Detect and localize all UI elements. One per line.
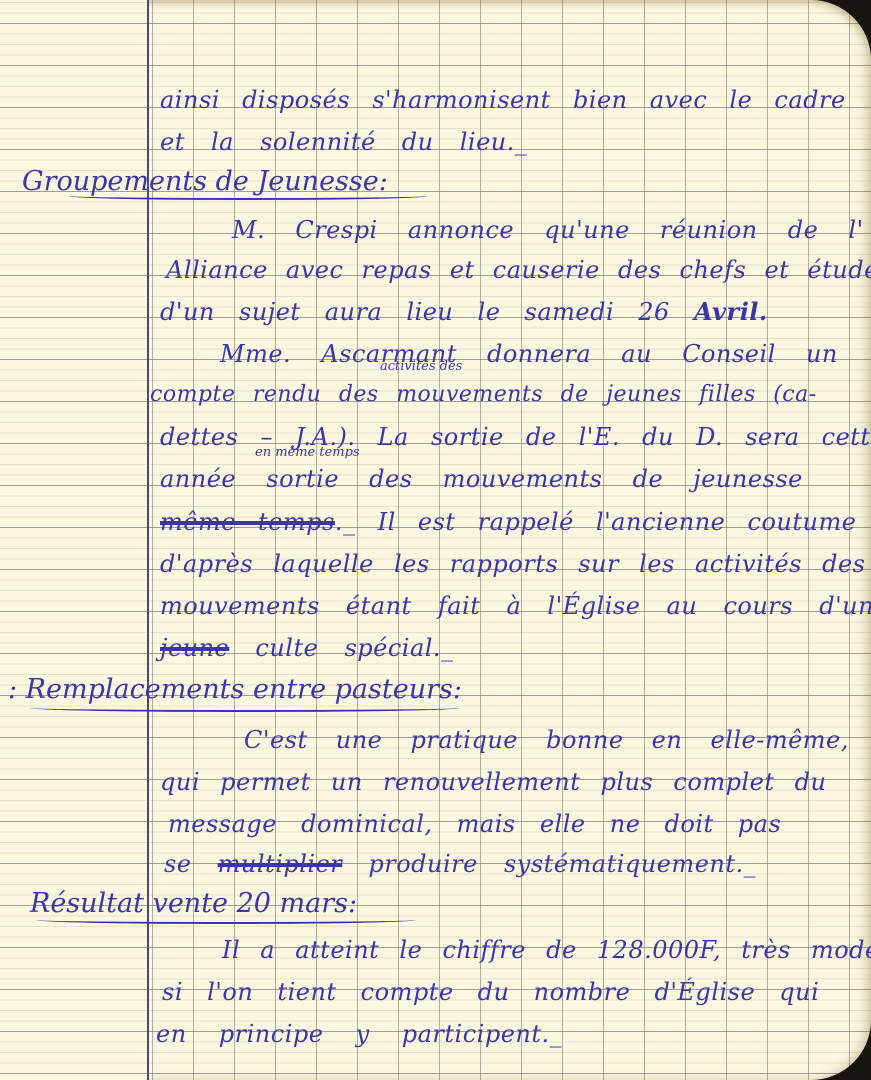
heading-underline [36, 916, 416, 924]
text-line: Il a atteint le chiffre de 128.000F, trè… [222, 938, 871, 962]
text-line: ainsi disposés s'harmonisent bien avec l… [160, 88, 846, 112]
insertion-note: activités des [380, 360, 462, 373]
text-line: et la solennité du lieu._ [160, 130, 527, 154]
section-heading-jeunesse: Groupements de Jeunesse: [22, 168, 388, 195]
section-heading-resultat: Résultat vente 20 mars: [30, 890, 357, 917]
text-line: année sortie des mouvements de jeunesse [160, 467, 803, 491]
text-line: M. Crespi annonce qu'une réunion de l' [232, 218, 864, 242]
notebook-page: ainsi disposés s'harmonisent bien avec l… [0, 0, 871, 1080]
text-fragment: ._ Il est rappelé l'ancienne coutume [335, 508, 857, 536]
text-line: d'après laquelle les rapports sur les ac… [160, 552, 865, 576]
text-line: en principe y participent._ [156, 1022, 562, 1046]
overwritten-word: Avril. [694, 297, 768, 326]
text-line: jeune culte spécial._ [160, 636, 454, 660]
handwritten-text: ainsi disposés s'harmonisent bien avec l… [0, 0, 871, 1080]
struck-text: multiplier [218, 850, 343, 878]
section-heading-pasteurs: : Remplacements entre pasteurs: [8, 676, 462, 703]
text-line: se multiplier produire systématiquement.… [164, 852, 756, 876]
text-line: même temps._ Il est rappelé l'ancienne c… [160, 510, 856, 534]
text-line: mouvements étant fait à l'Église au cour… [160, 594, 871, 618]
text-line: si l'on tient compte du nombre d'Église … [162, 980, 819, 1004]
text-line: qui permet un renouvellement plus comple… [160, 770, 826, 794]
heading-underline [68, 192, 428, 200]
text-line: C'est une pratique bonne en elle-même, [244, 728, 849, 752]
text-line: d'un sujet aura lieu le samedi 26 Avril. [160, 300, 768, 324]
text-fragment: produire systématiquement._ [342, 850, 756, 878]
text-line: message dominical, mais elle ne doit pas [168, 812, 781, 836]
struck-text: jeune [160, 634, 229, 662]
text-line: Alliance avec repas et causerie des chef… [166, 258, 871, 282]
text-line: Mme. Ascarmant donnera au Conseil un [220, 342, 838, 366]
text-line: compte rendu des mouvements de jeunes fi… [150, 384, 817, 406]
heading-underline [30, 704, 460, 712]
struck-text: même temps [160, 508, 335, 536]
insertion-note: en même temps [255, 446, 360, 459]
text-fragment: culte spécial._ [229, 634, 453, 662]
text-fragment: d'un sujet aura lieu le samedi 26 [160, 298, 694, 326]
text-fragment: se [164, 850, 218, 878]
